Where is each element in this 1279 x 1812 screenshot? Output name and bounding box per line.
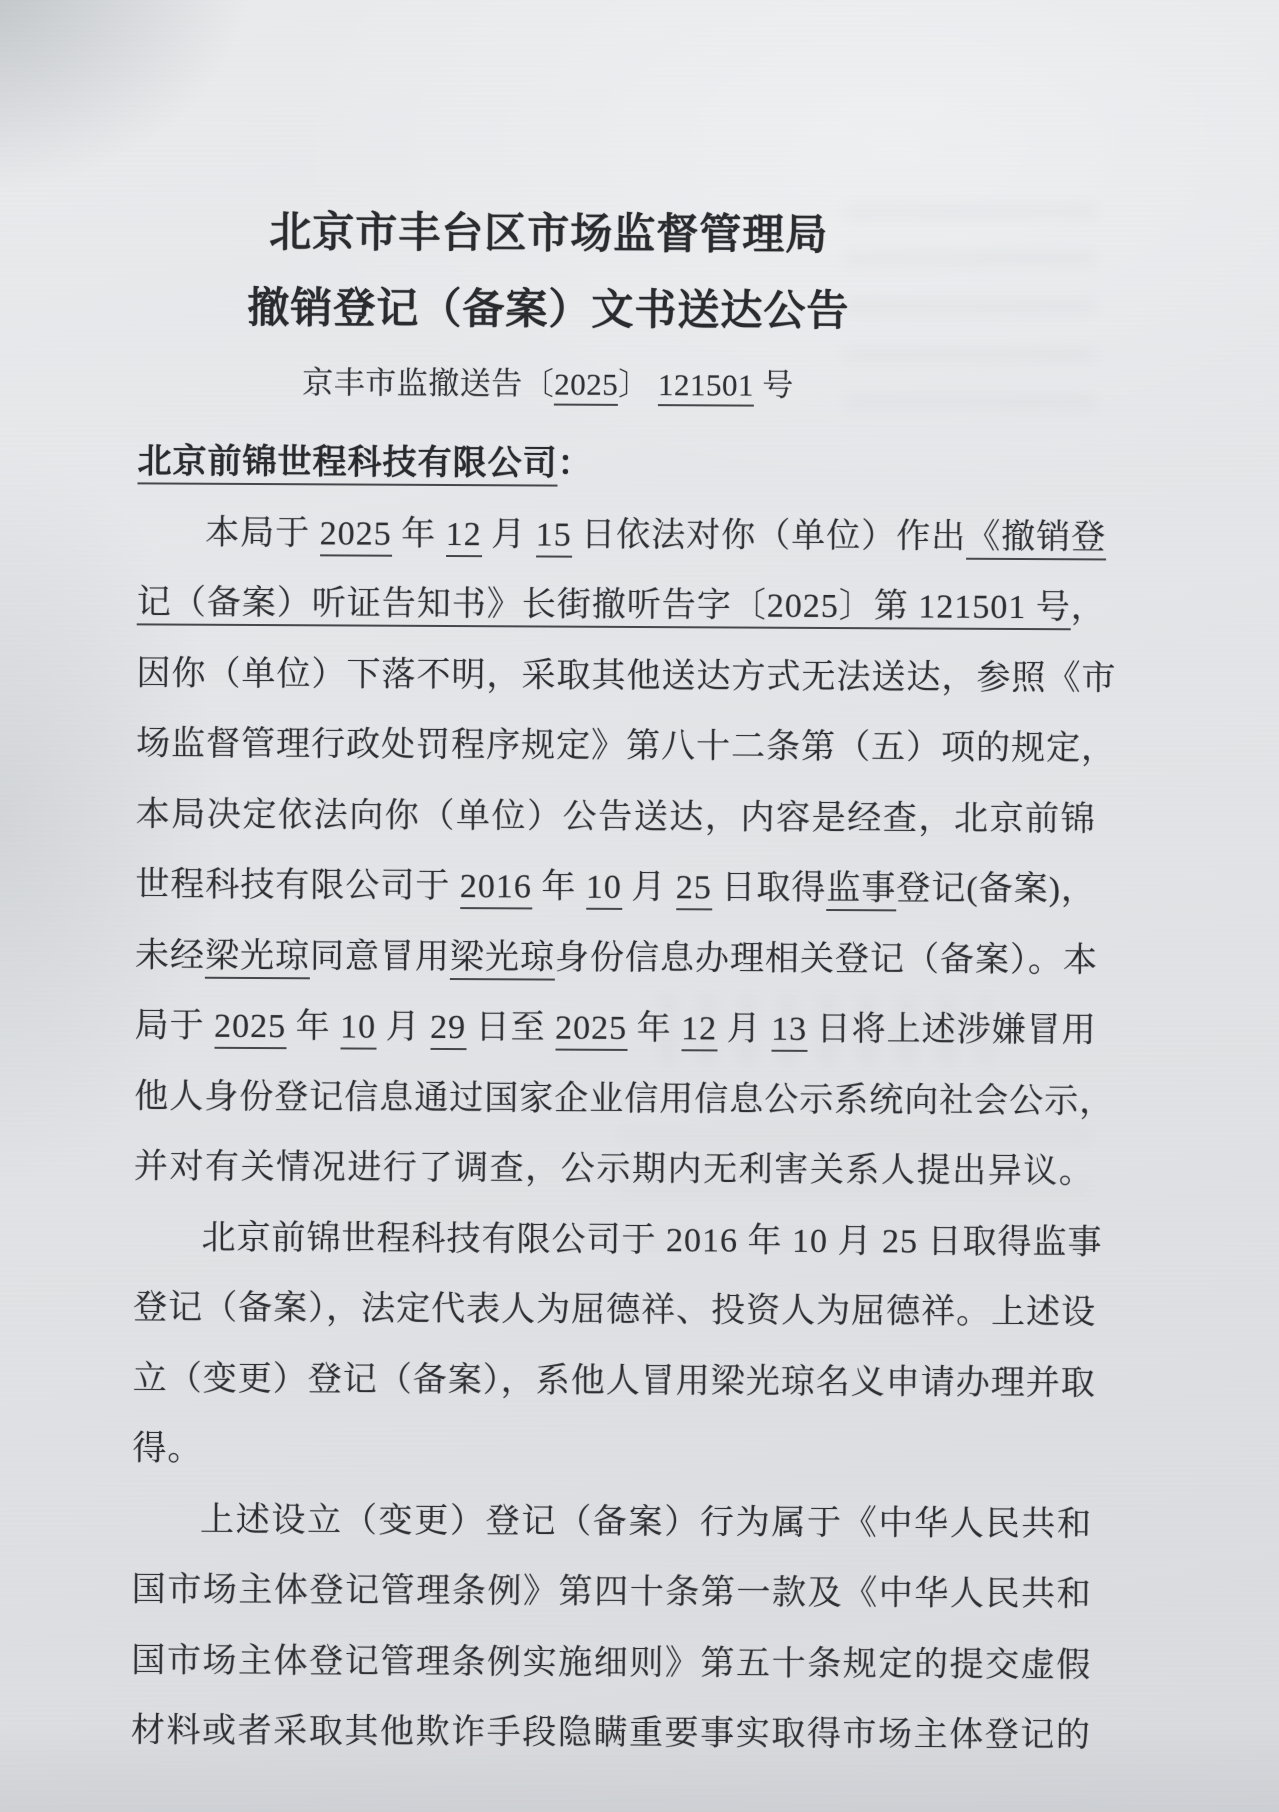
- text-run: 月: [717, 1011, 771, 1048]
- text-run: 身份信息办理相关登记（备案）。本: [555, 939, 1098, 979]
- filled-blank: 29: [430, 1009, 466, 1050]
- p2-line-1: 北京前锦世程科技有限公司于 2016 年 10 月 25 日取得监事: [133, 1203, 1093, 1279]
- text-run: 世程科技有限公司于: [135, 867, 460, 906]
- p2-line-2: 登记（备案），法定代表人为屈德祥、投资人为屈德祥。上述设: [133, 1274, 1093, 1350]
- text-run: 年: [286, 1009, 340, 1046]
- p1-line-3: 因你（单位）下落不明，采取其他送达方式无法送达，参照《市: [136, 639, 1096, 715]
- filled-blank: 北京前锦世程科技有限公司: [137, 444, 557, 487]
- text-run: 月: [482, 516, 536, 553]
- filled-blank: 记（备案）听证告知书》长街撤听告字〔2025〕第 121501 号: [137, 585, 1071, 631]
- text-run: 未经: [135, 937, 205, 974]
- text-run: 局于: [135, 1008, 215, 1045]
- text-run: 日将上述涉嫌冒用: [807, 1011, 1097, 1050]
- text-run: 国市场主体登记管理条例》第四十条第一款及《中华人民共和: [132, 1572, 1092, 1614]
- filled-blank: 2025: [320, 515, 392, 556]
- filled-blank: 梁光琼: [205, 938, 310, 980]
- text-run: 因你（单位）下落不明，采取其他送达方式无法送达，参照《市: [136, 655, 1116, 697]
- p3-line-3: 国市场主体登记管理条例实施细则》第五十条规定的提交虚假: [131, 1626, 1091, 1702]
- filled-blank: 10: [586, 869, 622, 910]
- filled-blank: 121501: [658, 367, 754, 407]
- notice-title-line2: 撤销登记（备案）文书送达公告: [68, 285, 1028, 336]
- text-run: 得。: [132, 1431, 202, 1468]
- filled-blank: 10: [340, 1009, 376, 1050]
- text-run: 本局于: [205, 515, 320, 553]
- filled-blank: 12: [446, 516, 482, 557]
- text-run: 年: [392, 516, 446, 553]
- p2-line-4: 得。: [132, 1415, 1092, 1491]
- doc-number-line: 京丰市监撤送告〔2025〕 121501 号: [68, 356, 1028, 406]
- p1-line-8: 局于 2025 年 10 月 29 日至 2025 年 12 月 13 日将上述…: [134, 992, 1094, 1068]
- text-run: 国市场主体登记管理条例实施细则》第五十条规定的提交虚假: [131, 1642, 1091, 1684]
- text-run: 登记(备案)，: [896, 871, 1096, 909]
- text-run: 年: [627, 1010, 681, 1047]
- notice-title-line1: 北京市丰台区市场监督管理局: [69, 209, 1029, 260]
- filled-blank: 25: [676, 870, 712, 911]
- p3-line-2: 国市场主体登记管理条例》第四十条第一款及《中华人民共和: [131, 1556, 1091, 1632]
- text-run: 本局决定依法向你（单位）公告送达，内容是经查，北京前锦: [136, 796, 1096, 838]
- text-run: 材料或者采取其他欺诈手段隐瞒重要事实取得市场主体登记的: [131, 1713, 1091, 1755]
- text-run: 同意冒用: [310, 938, 450, 976]
- p1-line-9: 他人身份登记信息通过国家企业信用信息公示系统向社会公示，: [134, 1062, 1094, 1138]
- addressee-line: 北京前锦世程科技有限公司：: [137, 428, 1097, 504]
- text-run: 并对有关情况进行了调查，公示期内无利害关系人提出异议。: [134, 1149, 1094, 1191]
- text-run: 场监督管理行政处罚程序规定》第八十二条第（五）项的规定，: [136, 726, 1116, 768]
- text-run: 立（变更）登记（备案），系他人冒用梁光琼名义申请办理并取: [133, 1360, 1096, 1402]
- document-photo: 北京市丰台区市场监督管理局 撤销登记（备案）文书送达公告 京丰市监撤送告〔202…: [0, 0, 1279, 1812]
- text-run: 日取得: [712, 870, 827, 908]
- filled-blank: 2025: [555, 1010, 627, 1051]
- text-run: ，: [1071, 590, 1106, 627]
- text-run: 登记（备案），法定代表人为屈德祥、投资人为屈德祥。上述设: [133, 1290, 1096, 1332]
- p1-line-7: 未经梁光琼同意冒用梁光琼身份信息办理相关登记（备案）。本: [135, 921, 1095, 997]
- text-run: 年: [532, 869, 586, 906]
- filled-blank: 12: [681, 1011, 717, 1052]
- text-run: 日依法对你（单位）作出: [572, 517, 967, 556]
- filled-blank: 15: [536, 516, 572, 557]
- text-run: 京丰市监撤送告〔: [302, 366, 554, 402]
- text-run: 日至: [466, 1009, 555, 1046]
- p3-line-4: 材料或者采取其他欺诈手段隐瞒重要事实取得市场主体登记的: [131, 1697, 1091, 1773]
- p1-line-2: 记（备案）听证告知书》长街撤听告字〔2025〕第 121501 号，: [137, 569, 1097, 645]
- text-run: 号: [754, 368, 794, 403]
- p1-line-5: 本局决定依法向你（单位）公告送达，内容是经查，北京前锦: [136, 780, 1096, 856]
- text-run: 〕: [618, 367, 658, 402]
- body-lines: 北京前锦世程科技有限公司：本局于 2025 年 12 月 15 日依法对你（单位…: [131, 428, 1098, 1773]
- p1-line-10: 并对有关情况进行了调查，公示期内无利害关系人提出异议。: [134, 1133, 1094, 1209]
- p1-line-4: 场监督管理行政处罚程序规定》第八十二条第（五）项的规定，: [136, 710, 1096, 786]
- text-run: ：: [557, 446, 592, 483]
- text-run: 他人身份登记信息通过国家企业信用信息公示系统向社会公示，: [134, 1078, 1114, 1120]
- filled-blank: 《撤销登: [966, 519, 1106, 561]
- text-run: 北京前锦世程科技有限公司于 2016 年 10 月 25 日取得监事: [201, 1220, 1102, 1262]
- p1-line-1: 本局于 2025 年 12 月 15 日依法对你（单位）作出《撤销登: [137, 498, 1097, 574]
- p1-line-6: 世程科技有限公司于 2016 年 10 月 25 日取得监事登记(备案)，: [135, 851, 1095, 927]
- text-run: 月: [622, 869, 676, 906]
- p2-line-3: 立（变更）登记（备案），系他人冒用梁光琼名义申请办理并取: [133, 1344, 1093, 1420]
- filled-blank: 监事: [826, 870, 896, 911]
- paper-sheet: 北京市丰台区市场监督管理局 撤销登记（备案）文书送达公告 京丰市监撤送告〔202…: [0, 0, 1279, 1812]
- filled-blank: 2025: [214, 1008, 286, 1049]
- text-run: 上述设立（变更）登记（备案）行为属于《中华人民共和: [200, 1502, 1092, 1544]
- filled-blank: 梁光琼: [450, 939, 555, 981]
- filled-blank: 2025: [554, 367, 618, 406]
- filled-blank: 2016: [460, 868, 532, 909]
- p3-line-1: 上述设立（变更）登记（备案）行为属于《中华人民共和: [132, 1485, 1092, 1561]
- notice-header: 北京市丰台区市场监督管理局 撤销登记（备案）文书送达公告 京丰市监撤送告〔202…: [68, 209, 1029, 406]
- text-run: 月: [376, 1009, 430, 1046]
- filled-blank: 13: [771, 1011, 807, 1052]
